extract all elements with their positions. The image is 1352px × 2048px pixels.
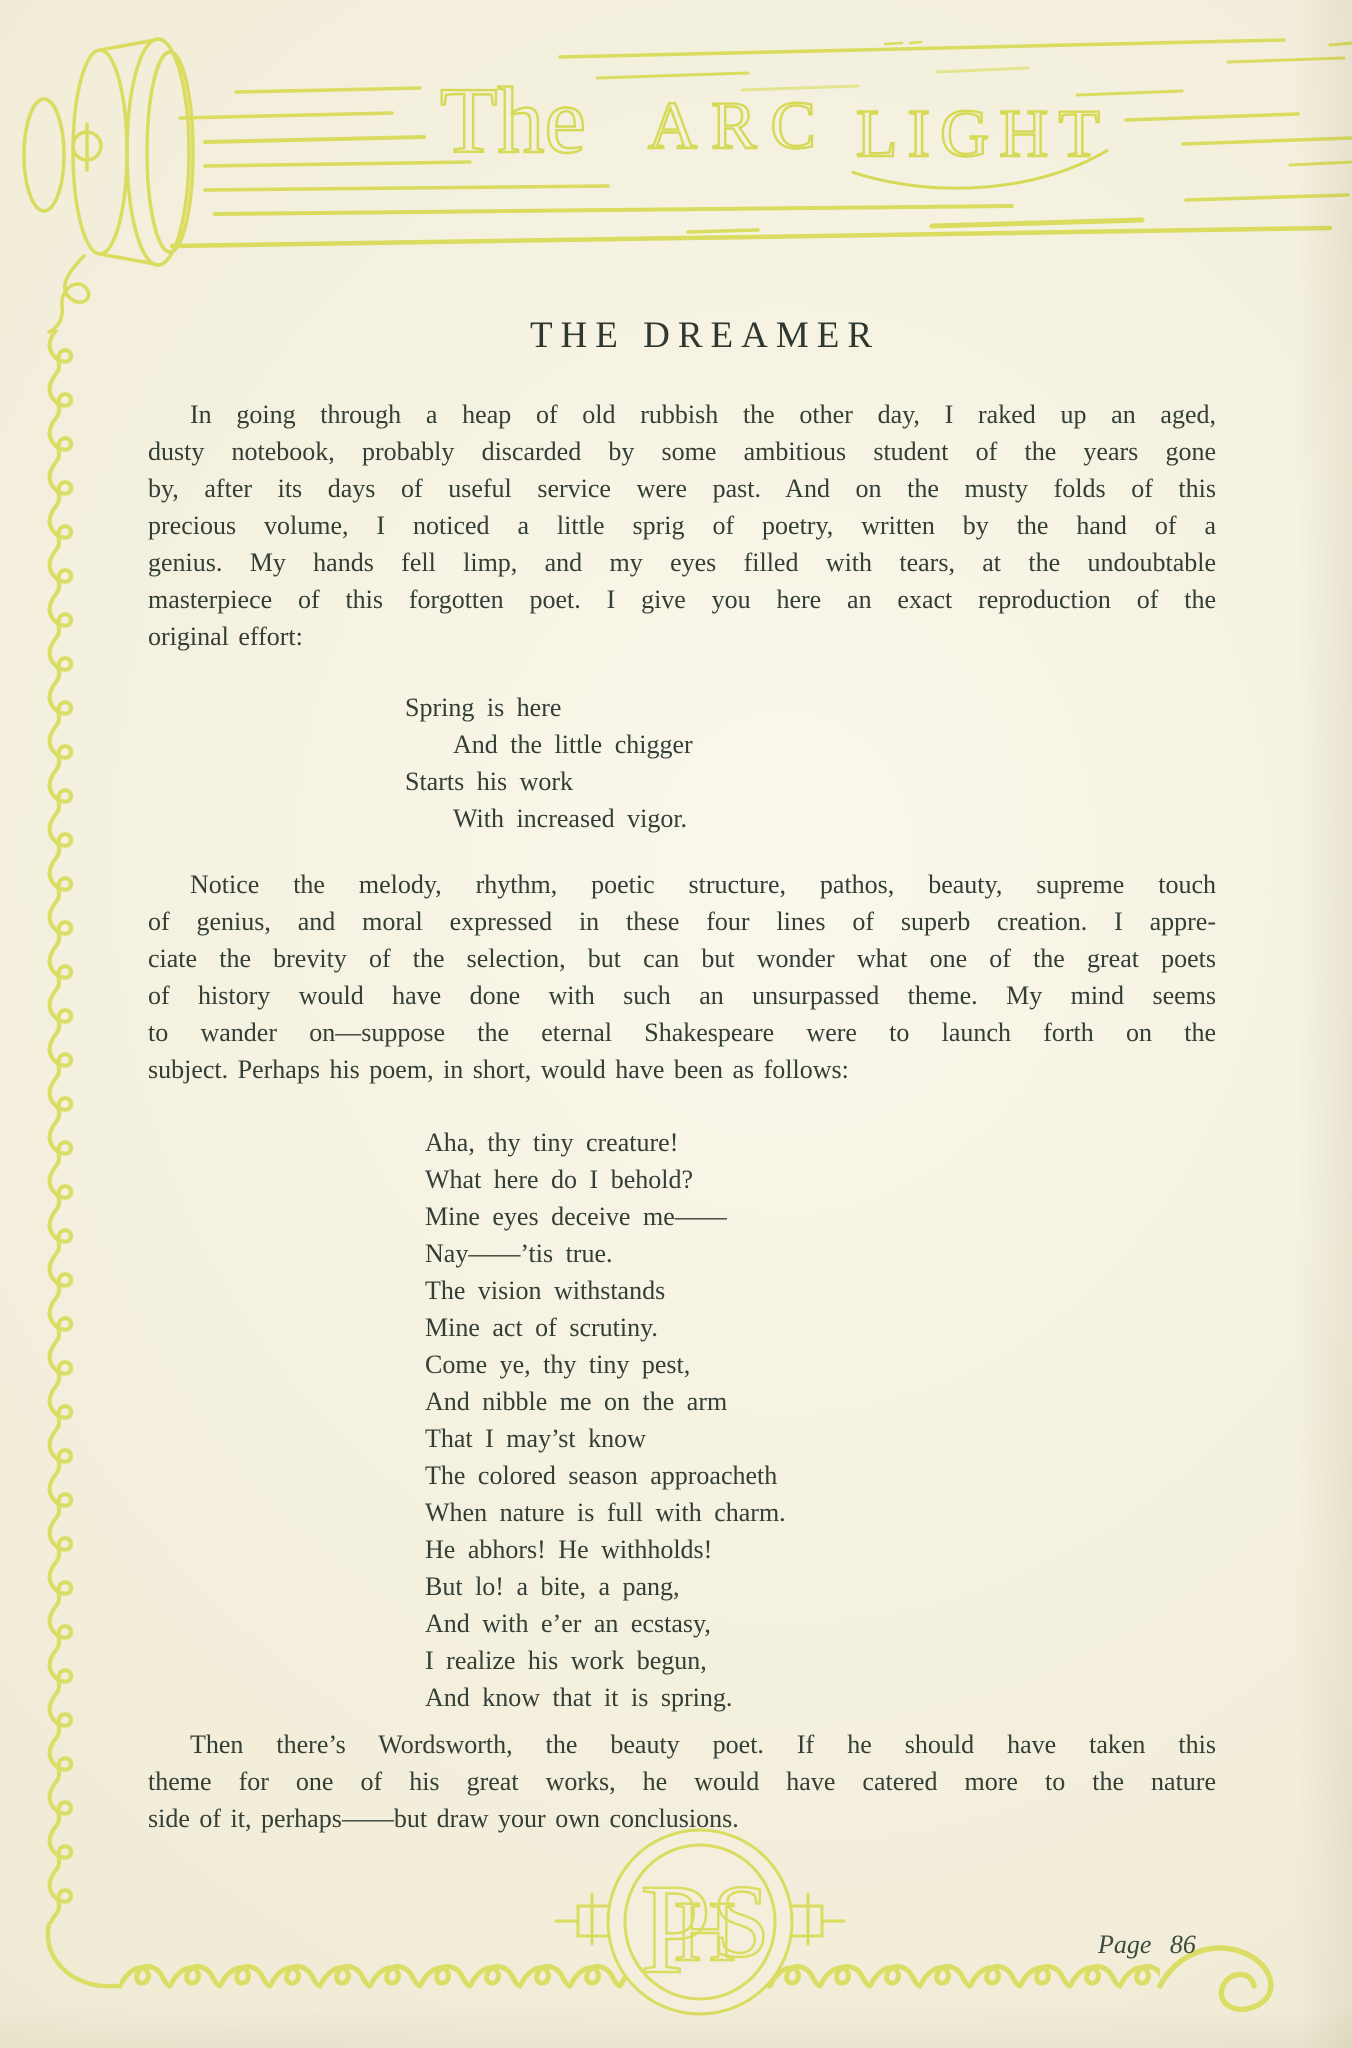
poem-line: Aha, thy tiny creature! [425, 1124, 786, 1161]
paragraph-1: In going through a heap of old rubbish t… [148, 396, 1216, 655]
text-line: to wander on—suppose the eternal Shakesp… [148, 1014, 1216, 1051]
poem-line: Mine eyes deceive me—— [425, 1198, 786, 1235]
poem-line: What here do I behold? [425, 1161, 786, 1198]
text-line: subject. Perhaps his poem, in short, wou… [148, 1051, 1216, 1088]
poem-line: I realize his work begun, [425, 1642, 786, 1679]
paragraph-3: Then there’s Wordsworth, the beauty poet… [148, 1726, 1216, 1837]
poem-line: That I may’st know [425, 1420, 786, 1457]
text-line: of history would have done with such an … [148, 977, 1216, 1014]
text-line: original effort: [148, 618, 1216, 655]
poem-line: And know that it is spring. [425, 1679, 786, 1716]
poem-line: The colored season approacheth [425, 1457, 786, 1494]
text-line: theme for one of his great works, he wou… [148, 1763, 1216, 1800]
text-line: In going through a heap of old rubbish t… [148, 396, 1216, 433]
poem-line: And nibble me on the arm [425, 1383, 786, 1420]
text-line: of genius, and moral expressed in these … [148, 903, 1216, 940]
poem-line: Starts his work [405, 763, 693, 800]
text-line: genius. My hands fell limp, and my eyes … [148, 544, 1216, 581]
poem-line: Nay——’tis true. [425, 1235, 786, 1272]
poem-shakespeare: Aha, thy tiny creature!What here do I be… [425, 1124, 786, 1716]
text-line: precious volume, I noticed a little spri… [148, 507, 1216, 544]
page-number: Page 86 [1098, 1930, 1196, 1960]
article: THE DREAMER In going through a heap of o… [0, 0, 1352, 2048]
poem-line: Spring is here [405, 689, 693, 726]
text-line: masterpiece of this forgotten poet. I gi… [148, 581, 1216, 618]
text-line: dusty notebook, probably discarded by so… [148, 433, 1216, 470]
text-line: ciate the brevity of the selection, but … [148, 940, 1216, 977]
poem-line: With increased vigor. [453, 800, 693, 837]
poem-line: And with e’er an ecstasy, [425, 1605, 786, 1642]
poem-chigger: Spring is hereAnd the little chiggerStar… [405, 689, 693, 837]
poem-line: When nature is full with charm. [425, 1494, 786, 1531]
text-line: Notice the melody, rhythm, poetic struct… [148, 866, 1216, 903]
text-line: side of it, perhaps——but draw your own c… [148, 1800, 1216, 1837]
poem-line: But lo! a bite, a pang, [425, 1568, 786, 1605]
poem-line: Come ye, thy tiny pest, [425, 1346, 786, 1383]
paragraph-2: Notice the melody, rhythm, poetic struct… [148, 866, 1216, 1088]
poem-line: Mine act of scrutiny. [425, 1309, 786, 1346]
text-line: Then there’s Wordsworth, the beauty poet… [148, 1726, 1216, 1763]
poem-line: The vision withstands [425, 1272, 786, 1309]
poem-line: He abhors! He withholds! [425, 1531, 786, 1568]
text-line: by, after its days of useful service wer… [148, 470, 1216, 507]
article-title: THE DREAMER [171, 314, 1239, 357]
poem-line: And the little chigger [453, 726, 693, 763]
yearbook-page: The ARC LIGHT [0, 0, 1352, 2048]
